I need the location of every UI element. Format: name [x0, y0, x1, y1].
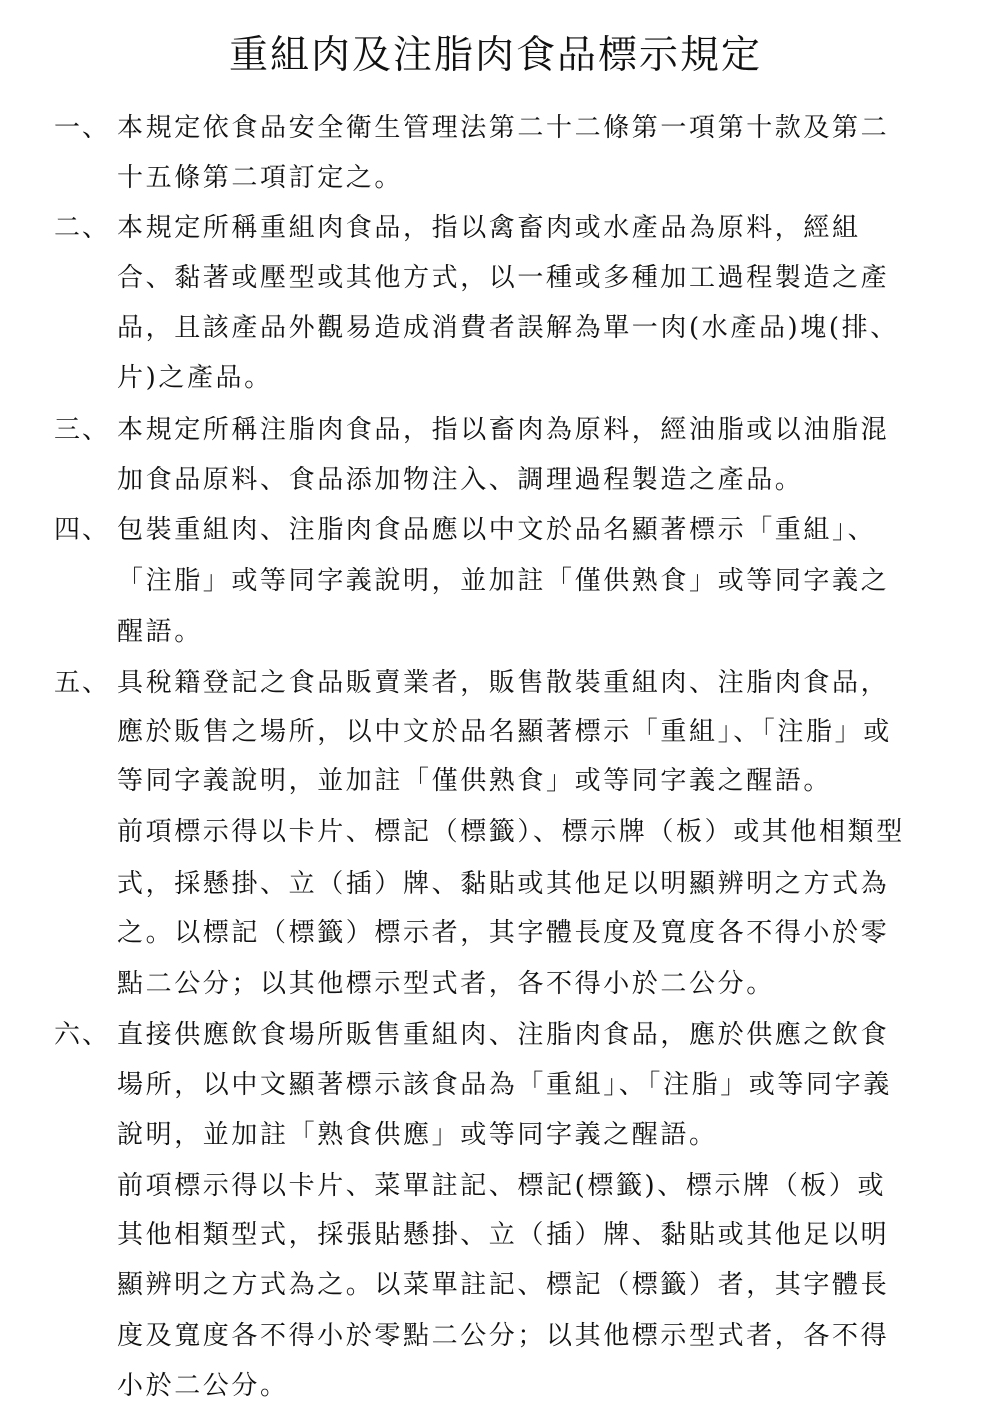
article-line: 醒語。 [117, 614, 203, 650]
article-line: 度及寬度各不得小於零點二公分；以其他標示型式者，各不得 [117, 1318, 889, 1354]
article-line: 本規定所稱注脂肉食品，指以畜肉為原料，經油脂或以油脂混 [117, 412, 889, 448]
article-number: 五、 [54, 665, 110, 701]
article-line: 片)之產品。 [117, 360, 273, 396]
article-line: 加食品原料、食品添加物注入、調理過程製造之產品。 [117, 462, 803, 498]
article-line: 式，採懸掛、立（插）牌、黏貼或其他足以明顯辨明之方式為 [117, 866, 889, 902]
article-line: 本規定所稱重組肉食品，指以禽畜肉或水產品為原料，經組 [117, 210, 861, 246]
article-line: 本規定依食品安全衛生管理法第二十二條第一項第十款及第二 [117, 110, 889, 146]
article-line: 顯辨明之方式為之。以菜單註記、標記（標籤）者，其字體長 [117, 1267, 889, 1303]
article-number: 四、 [54, 512, 110, 548]
article-line: 說明，並加註「熟食供應」或等同字義之醒語。 [117, 1117, 718, 1153]
article-line: 品，且該產品外觀易造成消費者誤解為單一肉(水產品)塊(排、 [117, 310, 899, 346]
article-line: 之。以標記（標籤）標示者，其字體長度及寬度各不得小於零 [117, 915, 889, 951]
article-number: 三、 [54, 412, 110, 448]
article-line: 小於二公分。 [117, 1368, 289, 1404]
article-line: 包裝重組肉、注脂肉食品應以中文於品名顯著標示「重組」、 [117, 512, 876, 548]
article-line: 「注脂」或等同字義說明，並加註「僅供熟食」或等同字義之 [117, 563, 889, 599]
article-line: 直接供應飲食場所販售重組肉、注脂肉食品，應於供應之飲食 [117, 1017, 889, 1053]
article-number: 一、 [54, 110, 110, 146]
document-title: 重組肉及注脂肉食品標示規定 [0, 28, 991, 84]
article-line: 前項標示得以卡片、標記（標籤）、標示牌（板）或其他相類型 [117, 814, 905, 850]
article-line: 點二公分；以其他標示型式者，各不得小於二公分。 [117, 966, 775, 1002]
article-line: 合、黏著或壓型或其他方式，以一種或多種加工過程製造之產 [117, 260, 889, 296]
article-line: 等同字義說明，並加註「僅供熟食」或等同字義之醒語。 [117, 763, 832, 799]
article-line: 場所，以中文顯著標示該食品為「重組」、「注脂」或等同字義 [117, 1067, 892, 1103]
article-line: 其他相類型式，採張貼懸掛、立（插）牌、黏貼或其他足以明 [117, 1217, 889, 1253]
article-line: 十五條第二項訂定之。 [117, 160, 403, 196]
article-line: 前項標示得以卡片、菜單註記、標記(標籤)、標示牌（板）或 [117, 1168, 886, 1204]
article-line: 應於販售之場所，以中文於品名顯著標示「重組」、「注脂」或 [117, 714, 892, 750]
article-line: 具稅籍登記之食品販賣業者，販售散裝重組肉、注脂肉食品， [117, 665, 889, 701]
article-number: 六、 [54, 1017, 110, 1053]
article-number: 二、 [54, 210, 110, 246]
